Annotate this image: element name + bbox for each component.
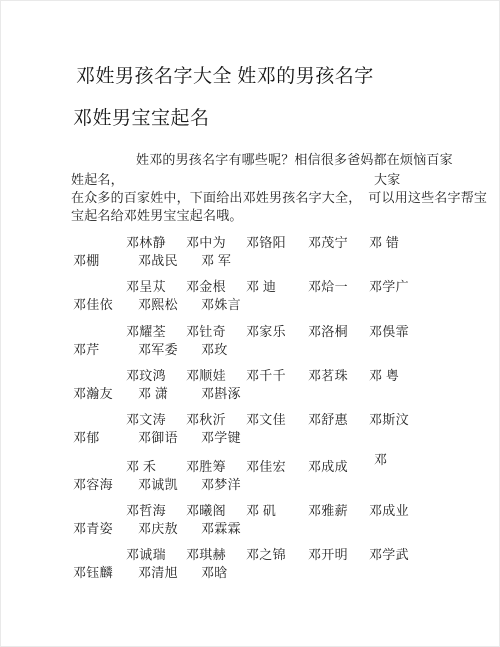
name-item: 邓斟涿 <box>201 383 241 402</box>
name-item: 邓哲海 <box>126 500 166 519</box>
name-item: 邓舒惠 <box>308 409 348 428</box>
intro-line-4: 宝起名给邓姓男宝宝起名哦。 <box>71 205 243 224</box>
name-item: 邓耀荃 <box>126 321 166 340</box>
name-item: 邓秋沂 <box>186 409 226 428</box>
name-item: 邓学武 <box>369 544 409 563</box>
name-group-1-lower: 邓棚 邓战民 邓 军 <box>1 250 499 268</box>
name-item: 邓 粤 <box>369 365 399 384</box>
name-item: 邓顺娃 <box>186 365 226 384</box>
name-item: 邓战民 <box>138 250 178 269</box>
name-item: 邓呈苁 <box>126 276 166 295</box>
name-group-4-upper: 邓玟鸿 邓顺娃 邓千千 邓茗珠 邓 粤 <box>1 365 499 383</box>
name-item: 邓玫 <box>201 339 228 358</box>
page-title-line1: 邓姓男孩名字大全 姓邓的男孩名字 <box>76 61 374 88</box>
name-item: 邓容海 <box>73 474 113 493</box>
name-item: 邓千千 <box>246 365 286 384</box>
name-item: 邓开明 <box>308 544 348 563</box>
name-item-lone: 邓 <box>374 449 387 468</box>
name-item: 邓佳宏 <box>246 456 286 475</box>
name-item: 邓茂宁 <box>308 232 348 251</box>
name-item: 邓成成 <box>308 456 348 475</box>
name-item: 邓钰麟 <box>73 562 113 581</box>
name-group-3-lower: 邓芹 邓军委 邓玫 <box>1 339 499 357</box>
name-item: 邓姝言 <box>201 294 241 313</box>
intro-line-2-right: 大家 <box>374 169 400 188</box>
intro-line-1: 姓邓的男孩名字有哪些呢？相信很多爸妈都在烦恼百家 <box>136 149 453 168</box>
name-item: 邓茗珠 <box>308 365 348 384</box>
name-group-8-lower: 邓钰麟 邓清旭 邓晗 <box>1 562 499 580</box>
name-item: 邓学键 <box>201 427 241 446</box>
name-item: 邓佳依 <box>73 294 113 313</box>
name-item: 邓俁霏 <box>369 321 409 340</box>
name-group-7-lower: 邓青姿 邓庆敖 邓霖霖 <box>1 518 499 536</box>
name-item: 邓 矶 <box>246 500 276 519</box>
name-item: 邓诚瑞 <box>126 544 166 563</box>
name-group-4-lower: 邓瀚友 邓 潇 邓斟涿 <box>1 383 499 401</box>
name-item: 邓庆敖 <box>138 518 178 537</box>
name-item: 邓雅薪 <box>308 500 348 519</box>
name-item: 邓洛桐 <box>308 321 348 340</box>
name-item: 邓胜筹 <box>186 456 226 475</box>
name-item: 邓林静 <box>126 232 166 251</box>
name-item: 邓芹 <box>73 339 100 358</box>
name-item: 邓玟鸿 <box>126 365 166 384</box>
name-item: 邓中为 <box>186 232 226 251</box>
name-item: 邓家乐 <box>246 321 286 340</box>
name-item: 邓青姿 <box>73 518 113 537</box>
page-title-line2: 邓姓男宝宝起名 <box>73 103 210 130</box>
name-item: 邓 禾 <box>126 456 156 475</box>
name-item: 邓钍奇 <box>186 321 226 340</box>
name-item: 邓郁 <box>73 427 100 446</box>
name-item: 邓文涛 <box>126 409 166 428</box>
name-item: 邓斯汶 <box>369 409 409 428</box>
name-item: 邓曦阁 <box>186 500 226 519</box>
document-page: 邓姓男孩名字大全 姓邓的男孩名字 邓姓男宝宝起名 姓邓的男孩名字有哪些呢？相信很… <box>0 0 500 647</box>
name-item: 邓 军 <box>201 250 231 269</box>
name-item: 邓熙松 <box>138 294 178 313</box>
name-item: 邓铬阳 <box>246 232 286 251</box>
name-group-6-upper: 邓 禾 邓胜筹 邓佳宏 邓成成 邓 <box>1 456 499 474</box>
name-group-2-upper: 邓呈苁 邓金根 邓 迪 邓烚一 邓学广 <box>1 276 499 294</box>
name-group-5-upper: 邓文涛 邓秋沂 邓文佳 邓舒惠 邓斯汶 <box>1 409 499 427</box>
name-item: 邓御语 <box>138 427 178 446</box>
name-item: 邓棚 <box>73 250 100 269</box>
name-item: 邓文佳 <box>246 409 286 428</box>
name-item: 邓琪赫 <box>186 544 226 563</box>
name-item: 邓霖霖 <box>201 518 241 537</box>
name-item: 邓 迪 <box>246 276 276 295</box>
name-group-2-lower: 邓佳依 邓熙松 邓姝言 <box>1 294 499 312</box>
name-item: 邓清旭 <box>138 562 178 581</box>
name-group-3-upper: 邓耀荃 邓钍奇 邓家乐 邓洛桐 邓俁霏 <box>1 321 499 339</box>
name-item: 邓之锦 <box>246 544 286 563</box>
name-group-7-upper: 邓哲海 邓曦阁 邓 矶 邓雅薪 邓成业 <box>1 500 499 518</box>
name-item: 邓学广 <box>369 276 409 295</box>
name-group-1-upper: 邓林静 邓中为 邓铬阳 邓茂宁 邓 错 <box>1 232 499 250</box>
name-item: 邓瀚友 <box>73 383 113 402</box>
name-item: 邓 错 <box>369 232 399 251</box>
name-item: 邓晗 <box>201 562 228 581</box>
name-item: 邓诚凯 <box>138 474 178 493</box>
name-group-8-upper: 邓诚瑞 邓琪赫 邓之锦 邓开明 邓学武 <box>1 544 499 562</box>
name-group-5-lower: 邓郁 邓御语 邓学键 <box>1 427 499 445</box>
intro-line-3: 在众多的百家姓中，下面给出邓姓男孩名字大全， 可以用这些名字帮宝 <box>71 187 487 206</box>
name-item: 邓成业 <box>369 500 409 519</box>
intro-line-2-left: 姓起名， <box>71 169 124 188</box>
name-group-6-lower: 邓容海 邓诚凯 邓梦洋 <box>1 474 499 492</box>
name-item: 邓梦洋 <box>201 474 241 493</box>
name-item: 邓金根 <box>186 276 226 295</box>
name-item: 邓军委 <box>138 339 178 358</box>
name-item: 邓烚一 <box>308 276 348 295</box>
name-item: 邓 潇 <box>138 383 168 402</box>
